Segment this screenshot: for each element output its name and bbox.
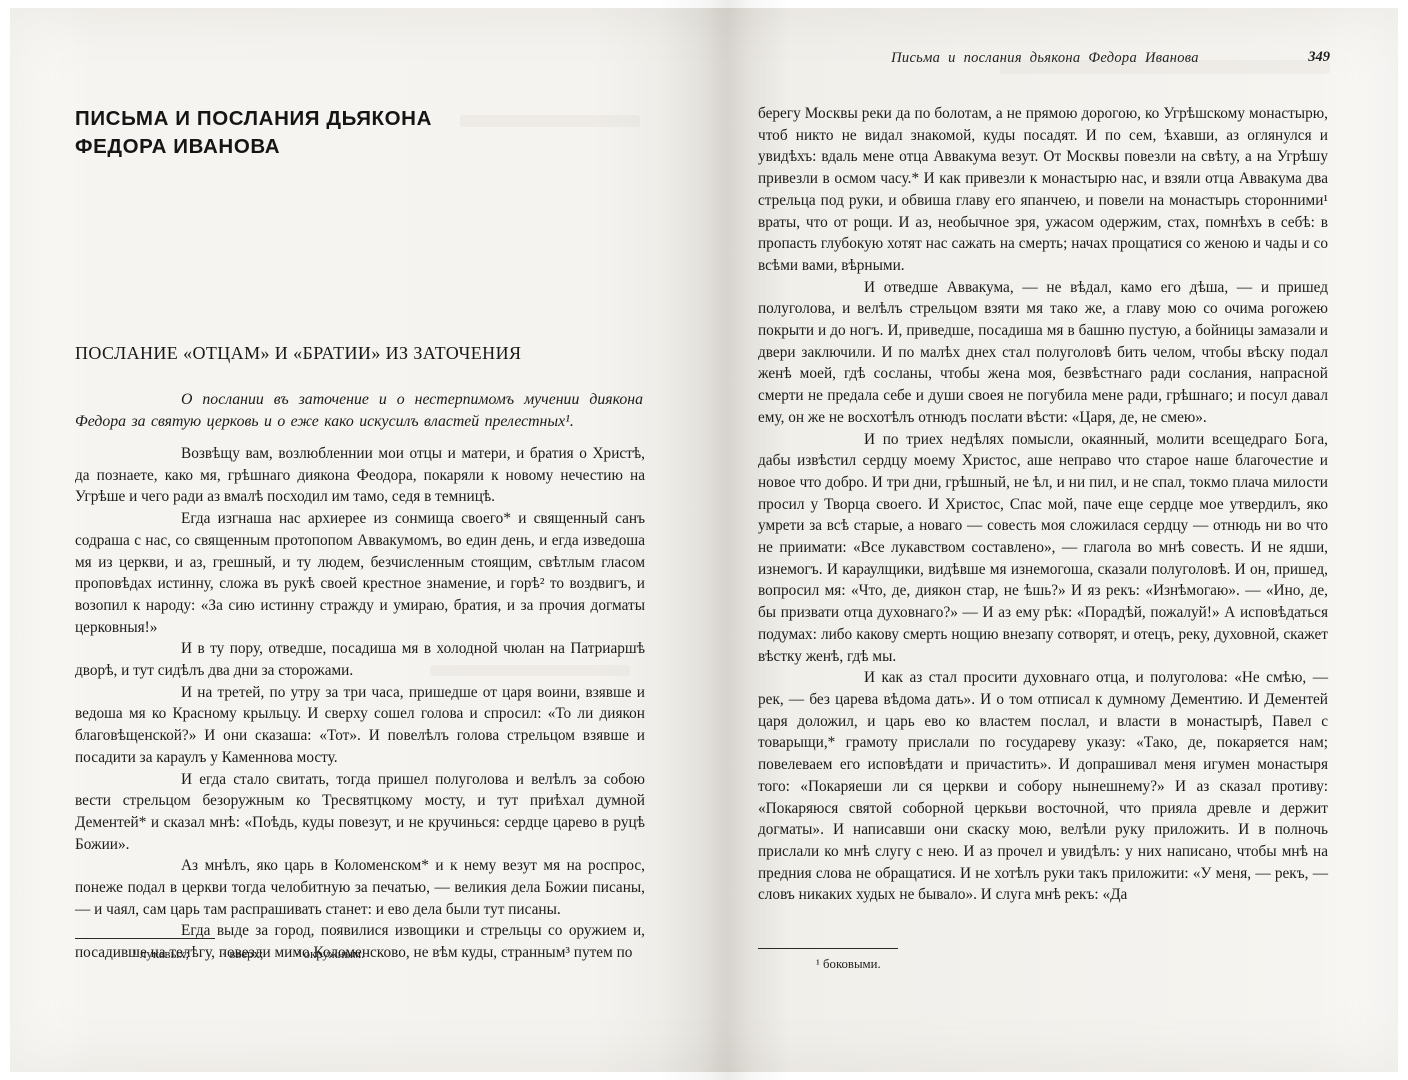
footnote-rule bbox=[758, 948, 898, 949]
paragraph: Аз мнѣлъ, яко царь в Коломенском* и к не… bbox=[75, 855, 645, 920]
paragraph: Егда изгнаша нас архиерее из сонмища сво… bbox=[75, 508, 645, 638]
section-heading: ПОСЛАНИЕ «ОТЦАМ» И «БРАТИИ» ИЗ ЗАТОЧЕНИЯ bbox=[75, 341, 647, 365]
paragraph: И егда стало свитать, тогда пришел полуг… bbox=[75, 769, 645, 856]
footnote-item: ¹ боковыми. bbox=[816, 957, 881, 971]
chapter-title-line2: ФЕДОРА ИВАНОВА bbox=[75, 133, 555, 161]
footnote-item: ² вверх; bbox=[222, 947, 263, 961]
paragraph: Возвѣщу вам, возлюбленнии мои отцы и мат… bbox=[75, 443, 645, 508]
paragraph: И в ту пору, отведше, посадиша мя в холо… bbox=[75, 638, 645, 681]
left-page-body: Возвѣщу вам, возлюбленнии мои отцы и мат… bbox=[75, 443, 645, 964]
right-page: Письма и послания дьякона Федора Иванова… bbox=[758, 0, 1332, 1080]
footnote-text: ¹ лукавых; ² вверх; ³ окружным. bbox=[75, 946, 394, 963]
right-page-body: берегу Москвы реки да по болотам, а не п… bbox=[758, 103, 1328, 906]
chapter-title: ПИСЬМА И ПОСЛАНИЯ ДЬЯКОНА ФЕДОРА ИВАНОВА bbox=[75, 105, 555, 161]
book-scan: ПИСЬМА И ПОСЛАНИЯ ДЬЯКОНА ФЕДОРА ИВАНОВА… bbox=[0, 0, 1408, 1080]
page-number: 349 bbox=[1308, 49, 1330, 66]
lede-italic-summary: О послании въ заточение и о нестерпимомъ… bbox=[75, 389, 643, 433]
right-footnotes: ¹ боковыми. bbox=[758, 948, 911, 973]
paragraph: И на третей, по утру за три часа, пришед… bbox=[75, 682, 645, 769]
footnote-text: ¹ боковыми. bbox=[758, 956, 911, 973]
paragraph: И как аз стал просити духовнаго отца, и … bbox=[758, 667, 1328, 906]
paragraph-continuation: берегу Москвы реки да по болотам, а не п… bbox=[758, 103, 1328, 277]
footnote-item: ¹ лукавых; bbox=[133, 947, 189, 961]
footnote-rule bbox=[75, 938, 215, 939]
left-page: ПИСЬМА И ПОСЛАНИЯ ДЬЯКОНА ФЕДОРА ИВАНОВА… bbox=[75, 0, 647, 1080]
chapter-title-line1: ПИСЬМА И ПОСЛАНИЯ ДЬЯКОНА bbox=[75, 105, 555, 133]
footnote-item: ³ окружным. bbox=[297, 947, 365, 961]
running-head: Письма и послания дьякона Федора Иванова bbox=[758, 50, 1332, 67]
paragraph: И по триех недѣлях помысли, окаянный, мо… bbox=[758, 429, 1328, 668]
paragraph: И отведше Аввакума, — не вѣдал, камо его… bbox=[758, 277, 1328, 429]
left-footnotes: ¹ лукавых; ² вверх; ³ окружным. bbox=[75, 938, 394, 963]
